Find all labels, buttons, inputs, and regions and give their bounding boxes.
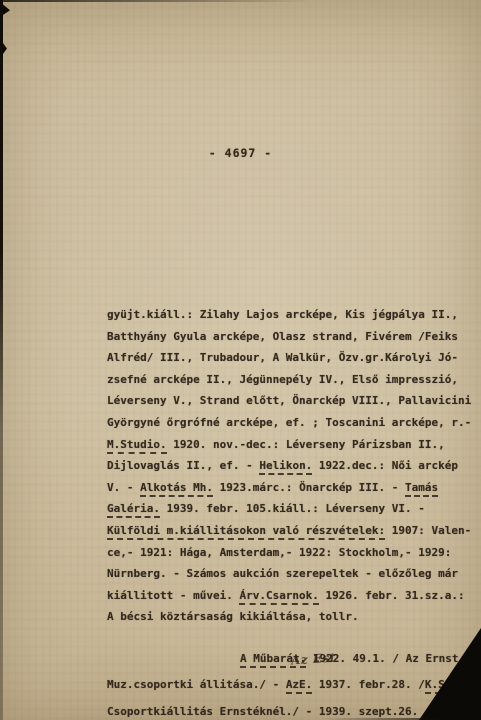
underlined-text-segment: AzE. bbox=[286, 678, 313, 694]
text-line: ce,- 1921: Hága, Amsterdam,- 1922: Stock… bbox=[107, 542, 481, 564]
text-segment: Muz.csoportki állitása./ - bbox=[107, 678, 286, 691]
scan-edge-artifact-left bbox=[0, 0, 3, 720]
text-line: Batthyány Gyula arcképe, Olasz strand, F… bbox=[107, 326, 481, 348]
text-line: Dijlovaglás II., ef. - Helikon. 1922.dec… bbox=[107, 455, 481, 477]
underlined-text-segment: Helikon. bbox=[259, 459, 312, 475]
text-segment: 1920. nov.-dec.: Léverseny Párizsban II.… bbox=[167, 438, 445, 451]
text-segment: Alfréd/ III., Trubadour, A Walkür, Özv.g… bbox=[107, 351, 458, 364]
underlined-text-segment: Galéria. bbox=[107, 502, 160, 518]
text-segment: 1926. febr. 31.sz.a.: bbox=[319, 589, 465, 602]
text-line: Alfréd/ III., Trubadour, A Walkür, Özv.g… bbox=[107, 347, 481, 369]
text-segment: Györgyné őrgrófné arcképe, ef. ; Toscani… bbox=[107, 416, 471, 429]
text-line: Nürnberg. - Számos aukción szerepeltek -… bbox=[107, 563, 481, 585]
text-line: Léverseny V., Strand előtt, Önarckép VII… bbox=[107, 390, 481, 412]
text-segment: 1923.márc.: Önarckép III. - bbox=[213, 481, 405, 494]
text-line: Galéria. 1939. febr. 105.kiáll.: Léverse… bbox=[107, 498, 481, 520]
text-segment: Dijlovaglás II., ef. - bbox=[107, 459, 259, 472]
footer-text-block: A Műbarát. 1922. 49.1. / Az ErnstMuz.cso… bbox=[107, 646, 481, 720]
underlined-text-segment: A Műbarát. bbox=[240, 652, 306, 668]
text-segment: 1937. febr.28. / bbox=[312, 678, 425, 691]
text-line: Külföldi m.kiállitásokon való részvétele… bbox=[107, 520, 481, 542]
text-segment: 1939. febr. 105.kiáll.: Léverseny VI. - bbox=[160, 502, 425, 515]
text-segment: Nürnberg. - Számos aukción szerepeltek -… bbox=[107, 567, 458, 580]
text-line: zsefné arcképe II., Jégünnepély IV., Els… bbox=[107, 369, 481, 391]
text-segment: ce,- 1921: Hága, Amsterdam,- 1922: Stock… bbox=[107, 546, 451, 559]
underlined-text-segment: Árv.Csarnok. bbox=[239, 589, 318, 605]
text-segment: zsefné arcképe II., Jégünnepély IV., Els… bbox=[107, 373, 458, 386]
text-segment: V. - bbox=[107, 481, 140, 494]
scanned-page: - 4697 - gyüjt.kiáll.: Zilahy Lajos arck… bbox=[0, 0, 481, 720]
text-line: gyüjt.kiáll.: Zilahy Lajos arcképe, Kis … bbox=[107, 304, 481, 326]
text-line: kiállitott - művei. Árv.Csarnok. 1926. f… bbox=[107, 585, 481, 607]
text-line: Muz.csoportki állitása./ - AzE. 1937. fe… bbox=[107, 672, 481, 698]
scan-edge-wedge-artifact bbox=[0, 39, 7, 58]
page-number: - 4697 - bbox=[0, 146, 481, 160]
underlined-text-segment: Tamás bbox=[405, 481, 438, 497]
underlined-text-segment: Külföldi m.kiállitásokon való részvétele… bbox=[107, 524, 385, 540]
body-text-block: gyüjt.kiáll.: Zilahy Lajos arcképe, Kis … bbox=[107, 304, 481, 628]
scan-edge-wedge-artifact bbox=[0, 2, 10, 17]
text-segment: kiállitott - művei. bbox=[107, 589, 239, 602]
text-segment: 1907: Valen- bbox=[385, 524, 471, 537]
scan-root: { "page": { "number_label": "- 4697 -" }… bbox=[0, 0, 481, 720]
text-segment: gyüjt.kiáll.: Zilahy Lajos arcképe, Kis … bbox=[107, 308, 458, 321]
text-segment: 1922.dec.: Női arckép bbox=[312, 459, 458, 472]
scan-edge-artifact-top bbox=[0, 0, 313, 2]
text-line: A bécsi köztársaság kikiáltása, tollr. bbox=[107, 606, 481, 628]
text-segment: 1922. 49.1. / Az Ernst bbox=[306, 652, 458, 665]
text-segment: Csoportkiállitás Ernstéknél./ - 1939. sz… bbox=[107, 705, 458, 718]
text-line: M.Studio. 1920. nov.-dec.: Léverseny Pár… bbox=[107, 434, 481, 456]
text-segment: Batthyány Gyula arcképe, Olasz strand, F… bbox=[107, 330, 458, 343]
text-segment: Léverseny V., Strand előtt, Önarckép VII… bbox=[107, 394, 471, 407]
underlined-text-segment: Alkotás Mh. bbox=[140, 481, 213, 497]
text-line: A Műbarát. 1922. 49.1. / Az Ernst bbox=[107, 646, 481, 672]
text-line: V. - Alkotás Mh. 1923.márc.: Önarckép II… bbox=[107, 477, 481, 499]
underlined-text-segment: M.Studio. bbox=[107, 438, 167, 454]
text-line: Györgyné őrgrófné arcképe, ef. ; Toscani… bbox=[107, 412, 481, 434]
text-segment: A bécsi köztársaság kikiáltása, tollr. bbox=[107, 610, 359, 623]
